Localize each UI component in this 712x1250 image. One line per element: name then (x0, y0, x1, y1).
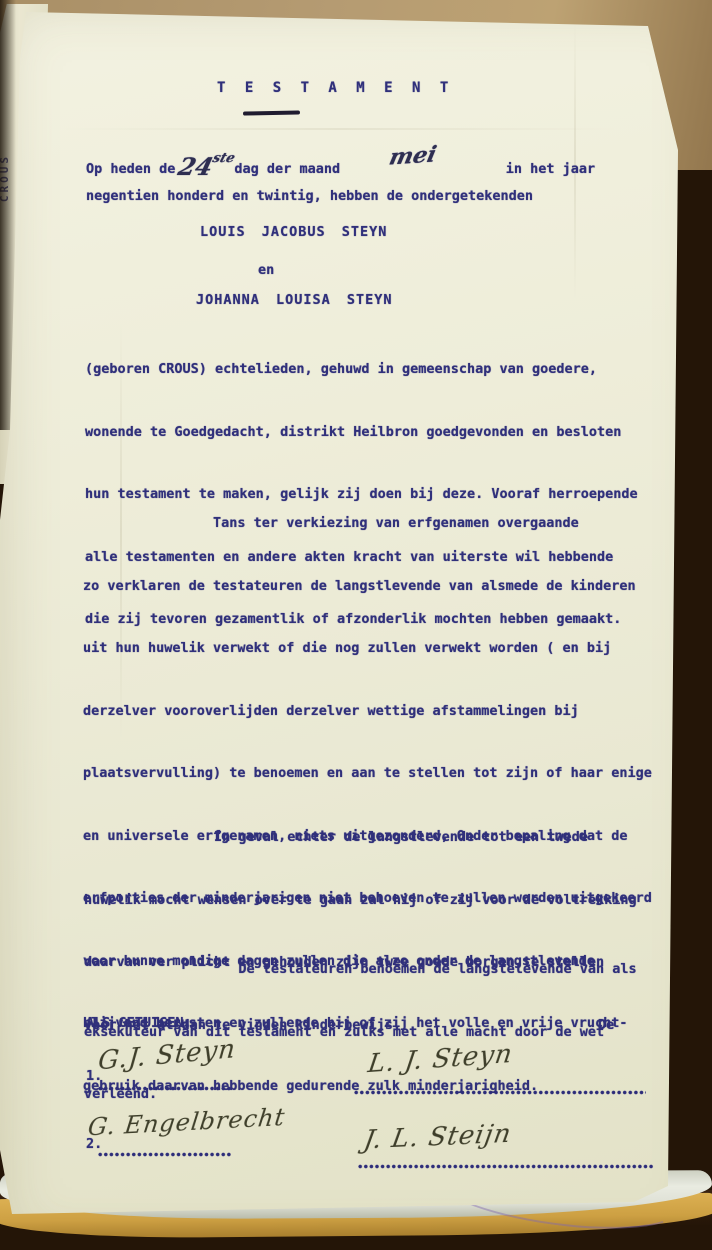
signature-dotted-line (98, 1152, 232, 1157)
paragraph-line: huwelik mocht wensen over te gaan zal hi… (84, 885, 637, 916)
date-line: Op heden de24stedag der maandmeiin het j… (86, 150, 595, 179)
paragraph-line: (geboren CROUS) echtelieden, gehuwd in g… (85, 354, 638, 385)
paragraph-line: De testateuren benoemen de langstelevend… (84, 954, 637, 985)
signature-dotted-line (358, 1164, 654, 1169)
signature-dotted-line (98, 1086, 232, 1091)
right-heading: De (598, 1017, 614, 1033)
testator2-signature: J. L. Steijn (362, 1119, 514, 1156)
date-pre: Op heden de (86, 161, 175, 177)
conjunction: en (258, 262, 274, 278)
paragraph-line: plaatsvervulling) te benoemen en aan te … (83, 758, 652, 789)
paragraph-line: In geval echter de langstlevende tot een… (84, 822, 637, 853)
handwritten-month: mei (387, 141, 439, 170)
signature-dotted-line (354, 1090, 646, 1095)
paragraph-line: Tans ter verkiezing van erfgenamen overg… (83, 508, 652, 539)
scanned-testament-photo: HEI CROUS T E S T A M E N T Op heden de2… (0, 0, 712, 1250)
paragraph-line: derzelver vooroverlijden derzelver wetti… (83, 696, 652, 727)
document-title: T E S T A M E N T (217, 80, 454, 96)
testator1-name: LOUIS JACOBUS STEYN (200, 224, 387, 240)
date-mid: dag der maand (234, 161, 340, 177)
testator2-name: JOHANNA LOUISA STEYN (196, 292, 393, 308)
paragraph-line: uit hun huwelik verwekt of die nog zulle… (83, 633, 652, 664)
paragraph-line: wonende te Goedgedacht, distrikt Heilbro… (85, 417, 638, 448)
paper-crease (60, 128, 620, 130)
witness-heading: ALS GETUIGEN. (86, 1015, 192, 1031)
title-underline (243, 110, 300, 115)
handwritten-day: 24 (176, 152, 217, 181)
date-post: in het jaar (506, 161, 595, 177)
testament-page: T E S T A M E N T Op heden de24stedag de… (0, 0, 712, 1250)
handwritten-day-suffix: ste (210, 151, 236, 166)
paragraph-line: zo verklaren de testateuren de langstlev… (83, 571, 652, 602)
date-line-2: negentien honderd en twintig, hebben de … (86, 188, 533, 204)
